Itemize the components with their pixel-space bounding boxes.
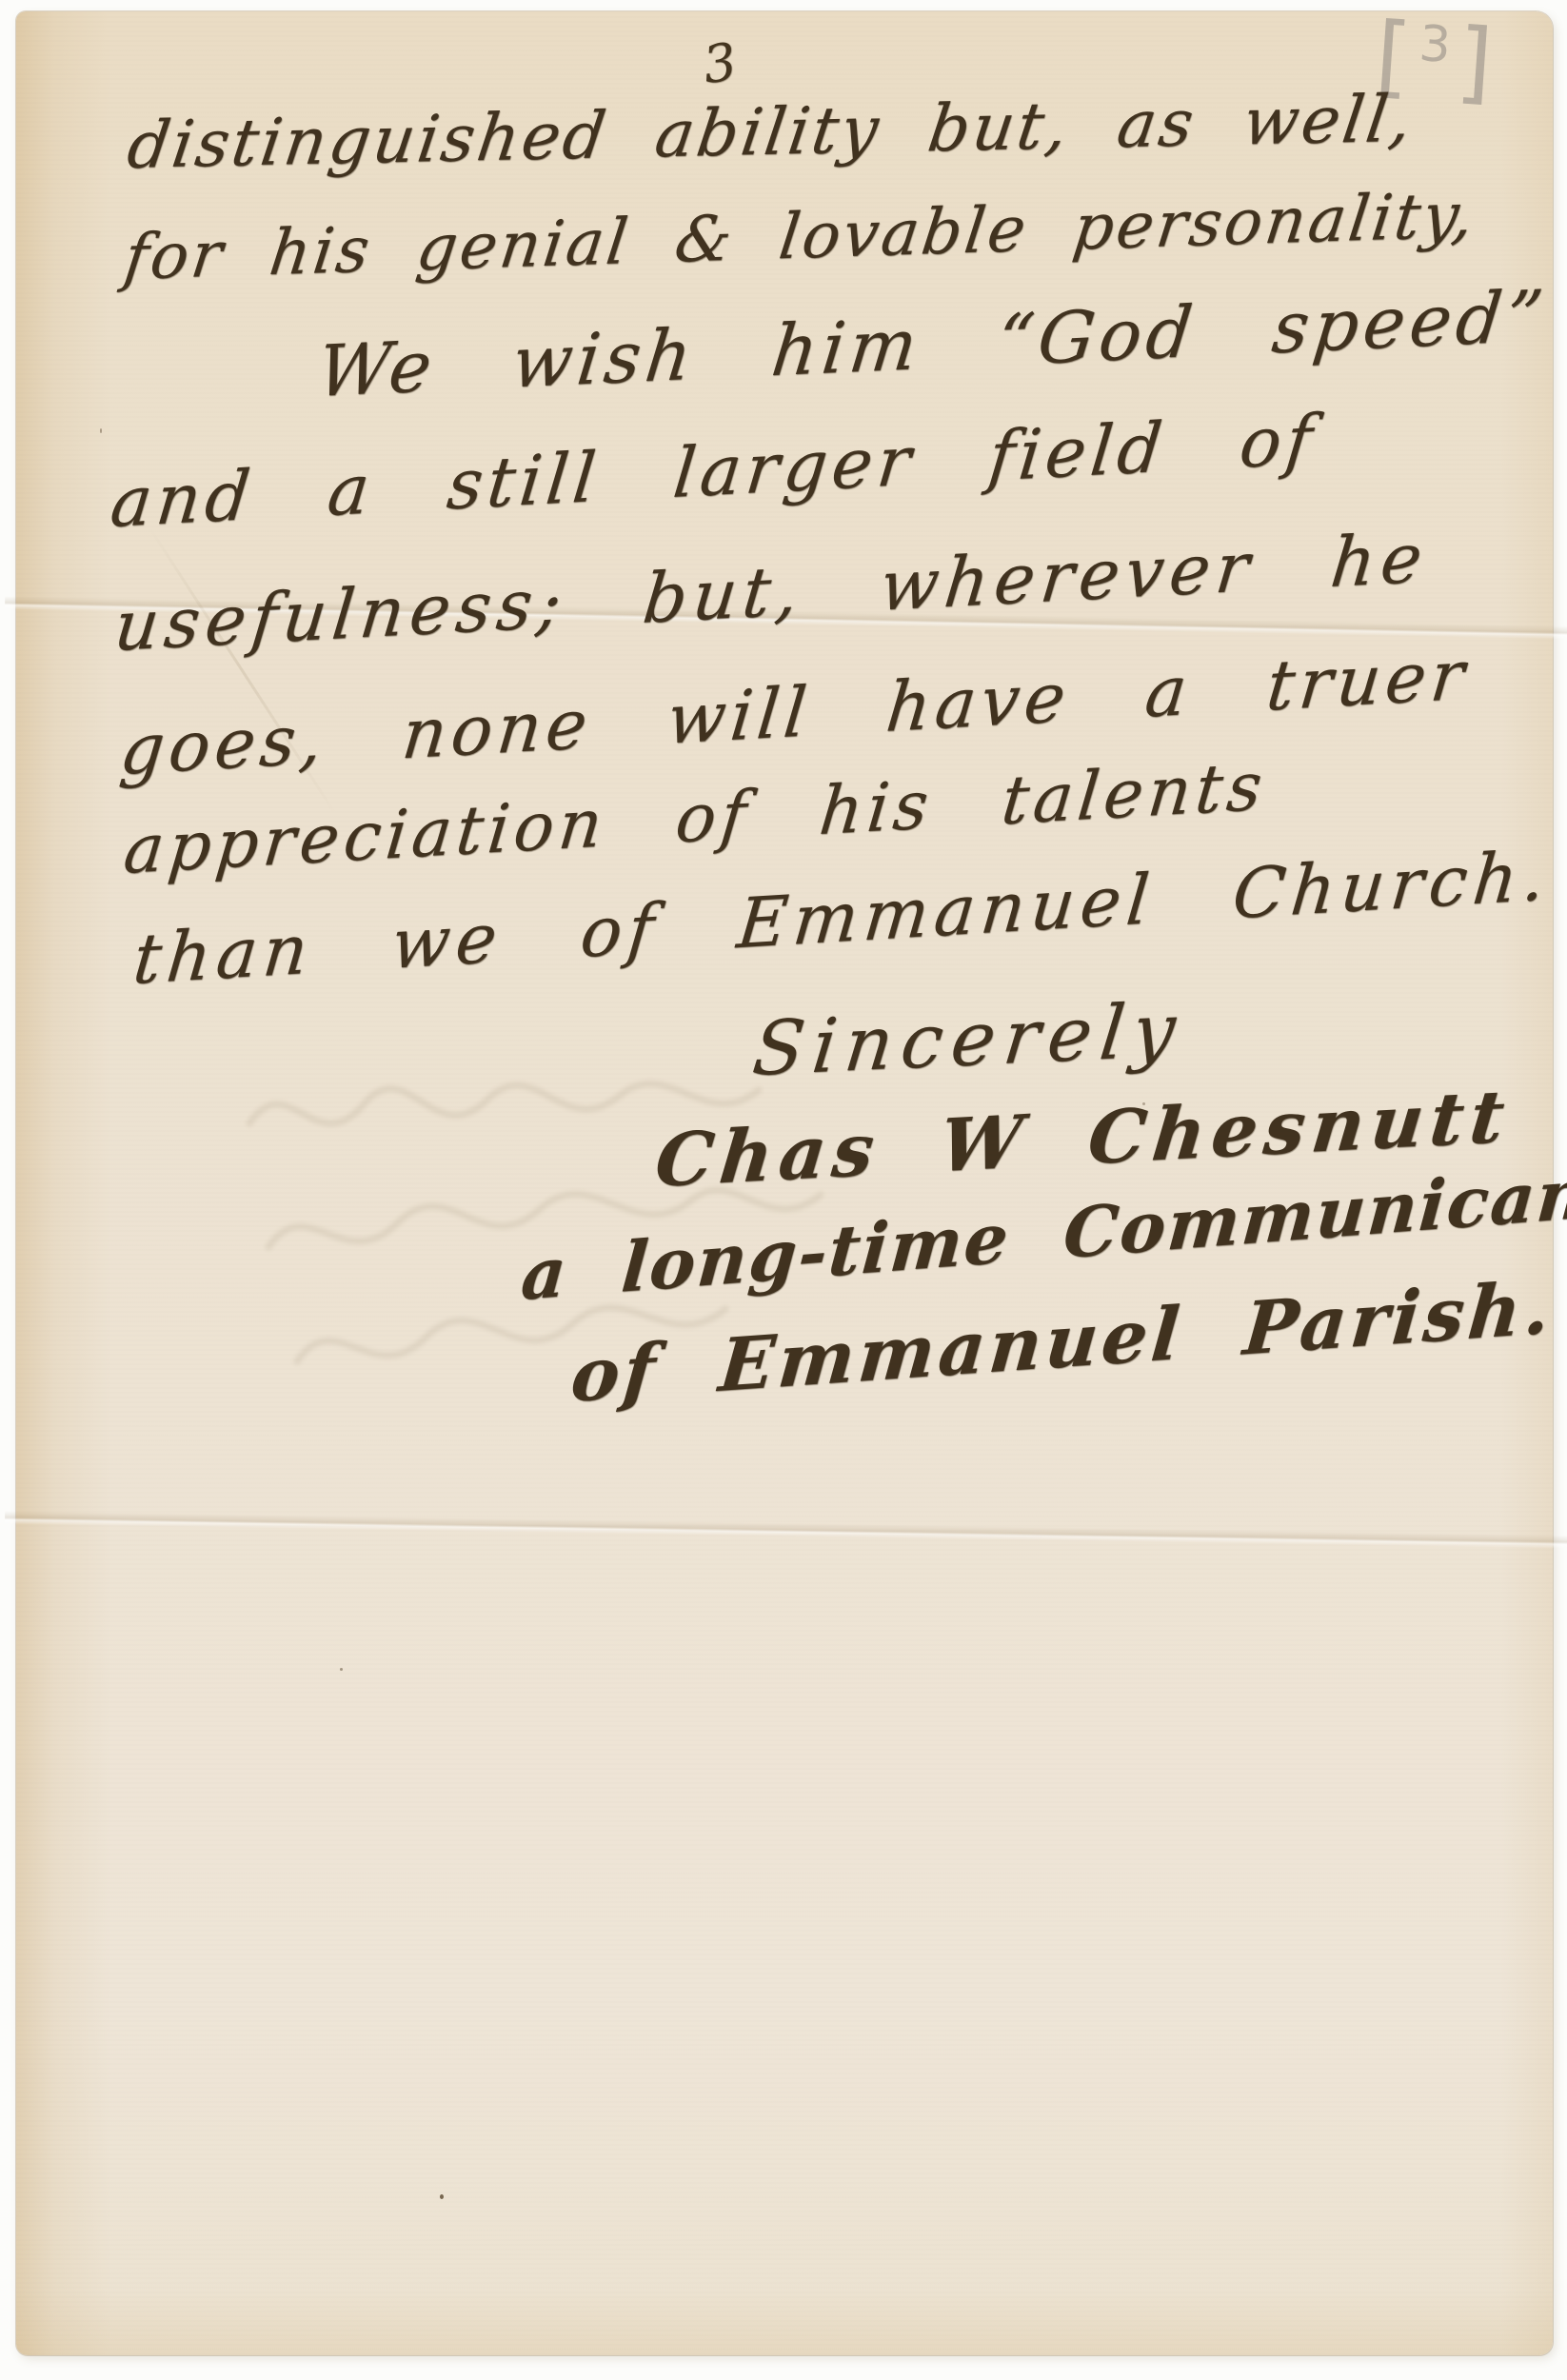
dust-speck xyxy=(340,1668,343,1671)
dust-speck xyxy=(1142,1102,1145,1105)
letter-page: [3] 3 distinguished ability but, as well… xyxy=(16,11,1553,2355)
letter-line: goes, none will have a truer xyxy=(117,640,1472,784)
ink-page-number: 3 xyxy=(700,36,740,91)
letter-closing-line: Sincerely xyxy=(749,993,1187,1087)
letter-line: and a still larger field of xyxy=(108,405,1319,537)
pencil-bracket-close: ] xyxy=(1454,10,1496,115)
letter-line: usefulness; but, wherever he xyxy=(111,523,1431,661)
letter-line: distinguished ability but, as well, xyxy=(124,88,1418,179)
dust-speck xyxy=(100,428,102,433)
letter-line: for his genial & lovable personality, xyxy=(121,184,1479,289)
pencil-number: 3 xyxy=(1418,15,1453,74)
fold-crease-lower xyxy=(5,1511,1567,1549)
scan-background: [3] 3 distinguished ability but, as well… xyxy=(0,0,1567,2380)
letter-line: We wish him “God speed” xyxy=(314,281,1551,407)
dust-speck xyxy=(440,2194,444,2199)
